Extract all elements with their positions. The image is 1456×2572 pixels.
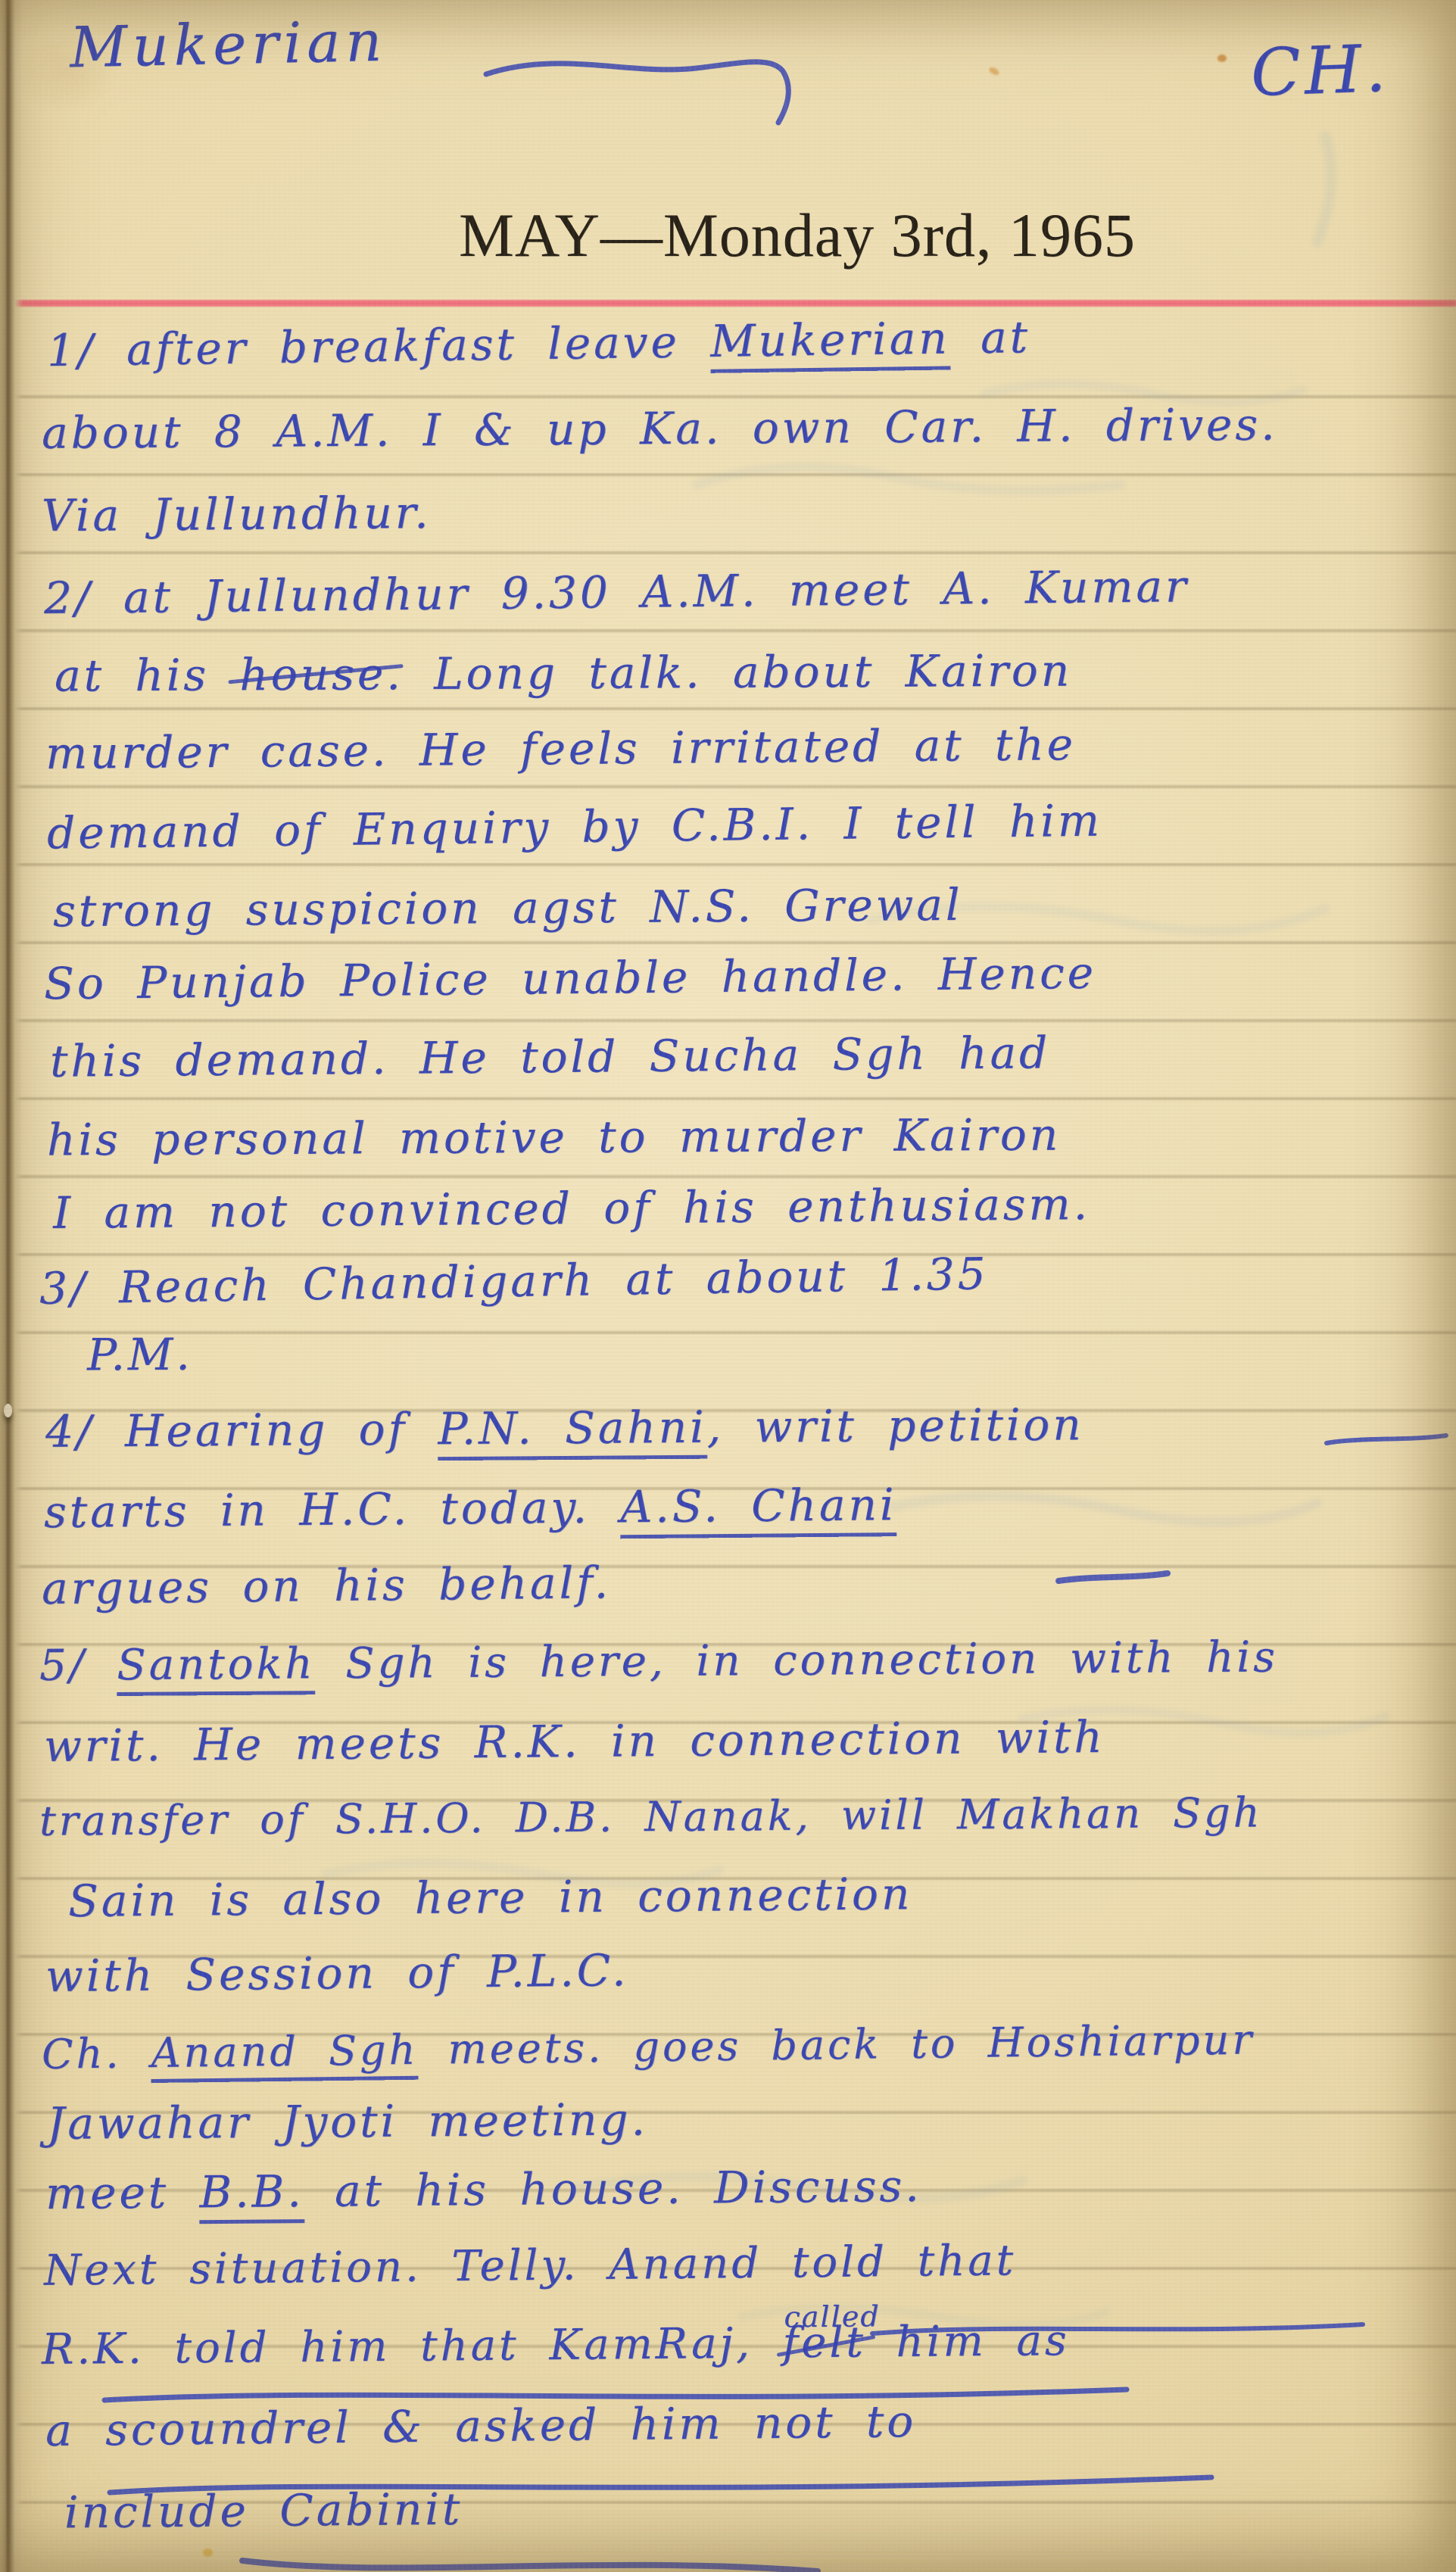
diary-text-segment: at his (55, 649, 240, 701)
diary-text-segment: feltcalled (782, 2318, 866, 2368)
diary-line: this demand. He told Sucha Sgh had (50, 1027, 1051, 1087)
diary-text-segment: include Cabinit (64, 2483, 463, 2539)
diary-text-segment: P.M. (87, 1329, 193, 1381)
inserted-correction-word: called (784, 2300, 881, 2334)
diary-text-segment: murder case. He feels irritated at the (45, 719, 1076, 779)
diary-text-segment: 5/ (39, 1641, 117, 1691)
diary-line: murder case. He feels irritated at the (45, 719, 1076, 779)
diary-text-segment: about 8 A.M. I & up Ka. own Car. H. driv… (42, 398, 1278, 458)
diary-line: Via Jullundhur. (42, 487, 432, 541)
diary-text-segment: Ch. (42, 2029, 151, 2078)
diary-line: about 8 A.M. I & up Ka. own Car. H. driv… (42, 398, 1278, 458)
diary-line: 5/ Santokh Sgh is here, in connection wi… (39, 1632, 1278, 1690)
diary-text-segment: A.S. Chani (620, 1479, 897, 1539)
diary-text-segment: 4/ Hearing of (45, 1403, 438, 1457)
diary-line: include Cabinit (64, 2483, 463, 2539)
diary-text-segment: his personal motive to murder Kairon (47, 1108, 1061, 1165)
diary-text-segment: Mukerian (710, 312, 950, 373)
diary-text-segment: Jawahar Jyoti meeting. (47, 2093, 648, 2150)
diary-text-segment: I am not convinced of his enthusiasm. (53, 1178, 1090, 1239)
diary-line: meet B.B. at his house. Discuss. (45, 2160, 922, 2219)
diary-line: Sain is also here in connection (68, 1868, 913, 1927)
diary-line: starts in H.C. today. A.S. Chani (44, 1479, 897, 1538)
place-annotation: Mukerian (69, 9, 388, 81)
diary-text-segment: this demand. He told Sucha Sgh had (50, 1027, 1051, 1087)
diary-text-segment: 1/ after breakfast leave (47, 316, 711, 376)
edge-nick (4, 1404, 12, 1417)
diary-text-segment: P.N. Sahni (438, 1401, 707, 1461)
diary-text-segment: him as (865, 2316, 1069, 2367)
page-binding-edge (0, 0, 23, 2572)
diary-text-segment: at his house. Discuss. (304, 2160, 922, 2217)
initials-annotation: CH. (1249, 31, 1391, 111)
diary-text-segment: Sgh is here, in connection with his (315, 1632, 1278, 1688)
foxing-spot (1217, 55, 1227, 62)
diary-text-segment: Next situation. Telly. Anand told that (44, 2236, 1017, 2295)
diary-line: at his house. Long talk. about Kairon (55, 644, 1072, 701)
diary-line: 4/ Hearing of P.N. Sahni, writ petition (45, 1398, 1084, 1457)
diary-text-segment: strong suspicion agst N.S. Grewal (53, 879, 963, 937)
diary-text-segment: at (949, 311, 1030, 363)
diary-line: P.M. (87, 1329, 193, 1381)
diary-text-segment: Sain is also here in connection (68, 1868, 913, 1927)
diary-text-segment: , writ petition (706, 1398, 1083, 1452)
diary-line: I am not convinced of his enthusiasm. (53, 1178, 1090, 1239)
diary-page: Mukerian CH. MAY—Monday 3rd, 1965 1/ aft… (0, 0, 1456, 2572)
diary-text-segment: B.B. (199, 2165, 304, 2224)
diary-text-segment: with Session of P.L.C. (45, 1944, 629, 2002)
printed-date-header: MAY—Monday 3rd, 1965 (459, 200, 1136, 271)
diary-text-segment: starts in H.C. today. (44, 1481, 621, 1538)
diary-text-segment: So Punjab Police unable handle. Hence (44, 947, 1096, 1010)
diary-line: R.K. told him that KamRaj, feltcalled hi… (42, 2316, 1070, 2374)
diary-text-segment: transfer of S.H.O. D.B. Nanak, will Makh… (39, 1788, 1263, 1844)
diary-text-segment: argues on his behalf. (42, 1557, 612, 1614)
diary-text-segment: house (239, 648, 386, 700)
diary-line: his personal motive to murder Kairon (47, 1108, 1061, 1165)
diary-text-segment: writ. He meets R.K. in connection with (44, 1711, 1105, 1772)
diary-text-segment: meets. goes back to Hoshiarpur (418, 2016, 1255, 2073)
foxing-spot (988, 66, 1000, 76)
diary-text-segment: a scoundrel & asked him not to (45, 2396, 917, 2456)
diary-line: a scoundrel & asked him not to (45, 2396, 917, 2456)
diary-text-segment: Via Jullundhur. (42, 487, 432, 541)
diary-text-segment: meet (45, 2166, 200, 2219)
diary-text-segment: R.K. told him that KamRaj, (42, 2318, 783, 2374)
diary-line: transfer of S.H.O. D.B. Nanak, will Makh… (39, 1788, 1263, 1844)
header-flourish-line (486, 62, 788, 123)
diary-line: strong suspicion agst N.S. Grewal (53, 879, 963, 937)
diary-line: with Session of P.L.C. (45, 1944, 629, 2002)
diary-line: writ. He meets R.K. in connection with (44, 1711, 1105, 1772)
diary-line: Jawahar Jyoti meeting. (47, 2093, 648, 2150)
diary-line: Next situation. Telly. Anand told that (44, 2236, 1017, 2295)
diary-text-segment: Anand Sgh (151, 2026, 419, 2083)
diary-text-segment: Santokh (117, 1639, 316, 1696)
diary-line: argues on his behalf. (42, 1557, 612, 1614)
red-header-rule (0, 300, 1456, 307)
diary-line: So Punjab Police unable handle. Hence (44, 947, 1096, 1010)
diary-text-segment: . Long talk. about Kairon (386, 644, 1072, 700)
